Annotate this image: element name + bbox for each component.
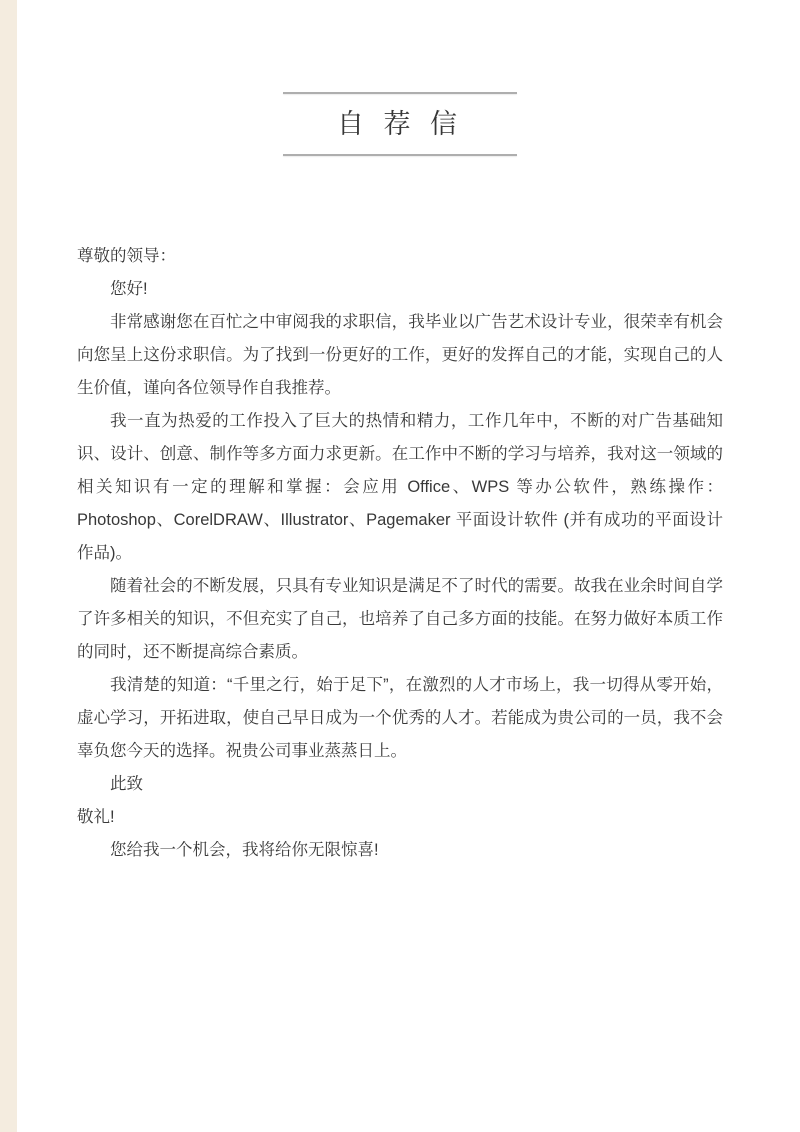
document-page: 自 荐 信 尊敬的领导： 您好! 非常感谢您在百忙之中审阅我的求职信，我毕业以广…	[0, 0, 800, 1132]
postscript-line: 您给我一个机会，我将给你无限惊喜!	[77, 834, 723, 867]
page-title: 自 荐 信	[283, 94, 517, 154]
letter-paragraph: 我一直为热爱的工作投入了巨大的热情和精力，工作几年中，不断的对广告基础知识、设计…	[77, 405, 723, 570]
letter-paragraph: 我清楚的知道：“千里之行，始于足下”，在激烈的人才市场上，我一切得从零开始，虚心…	[77, 669, 723, 768]
closing-cizhi-line: 此致	[77, 768, 723, 801]
left-margin-strip	[0, 0, 17, 1132]
closing-jingli-line: 敬礼!	[77, 801, 723, 834]
greeting-line: 您好!	[77, 273, 723, 306]
title-block: 自 荐 信	[283, 92, 517, 156]
letter-body: 尊敬的领导： 您好! 非常感谢您在百忙之中审阅我的求职信，我毕业以广告艺术设计专…	[77, 240, 723, 867]
title-rule-bottom	[283, 154, 517, 156]
salutation-line: 尊敬的领导：	[77, 240, 723, 273]
letter-paragraph: 随着社会的不断发展，只具有专业知识是满足不了时代的需要。故我在业余时间自学了许多…	[77, 570, 723, 669]
letter-paragraph: 非常感谢您在百忙之中审阅我的求职信，我毕业以广告艺术设计专业，很荣幸有机会向您呈…	[77, 306, 723, 405]
